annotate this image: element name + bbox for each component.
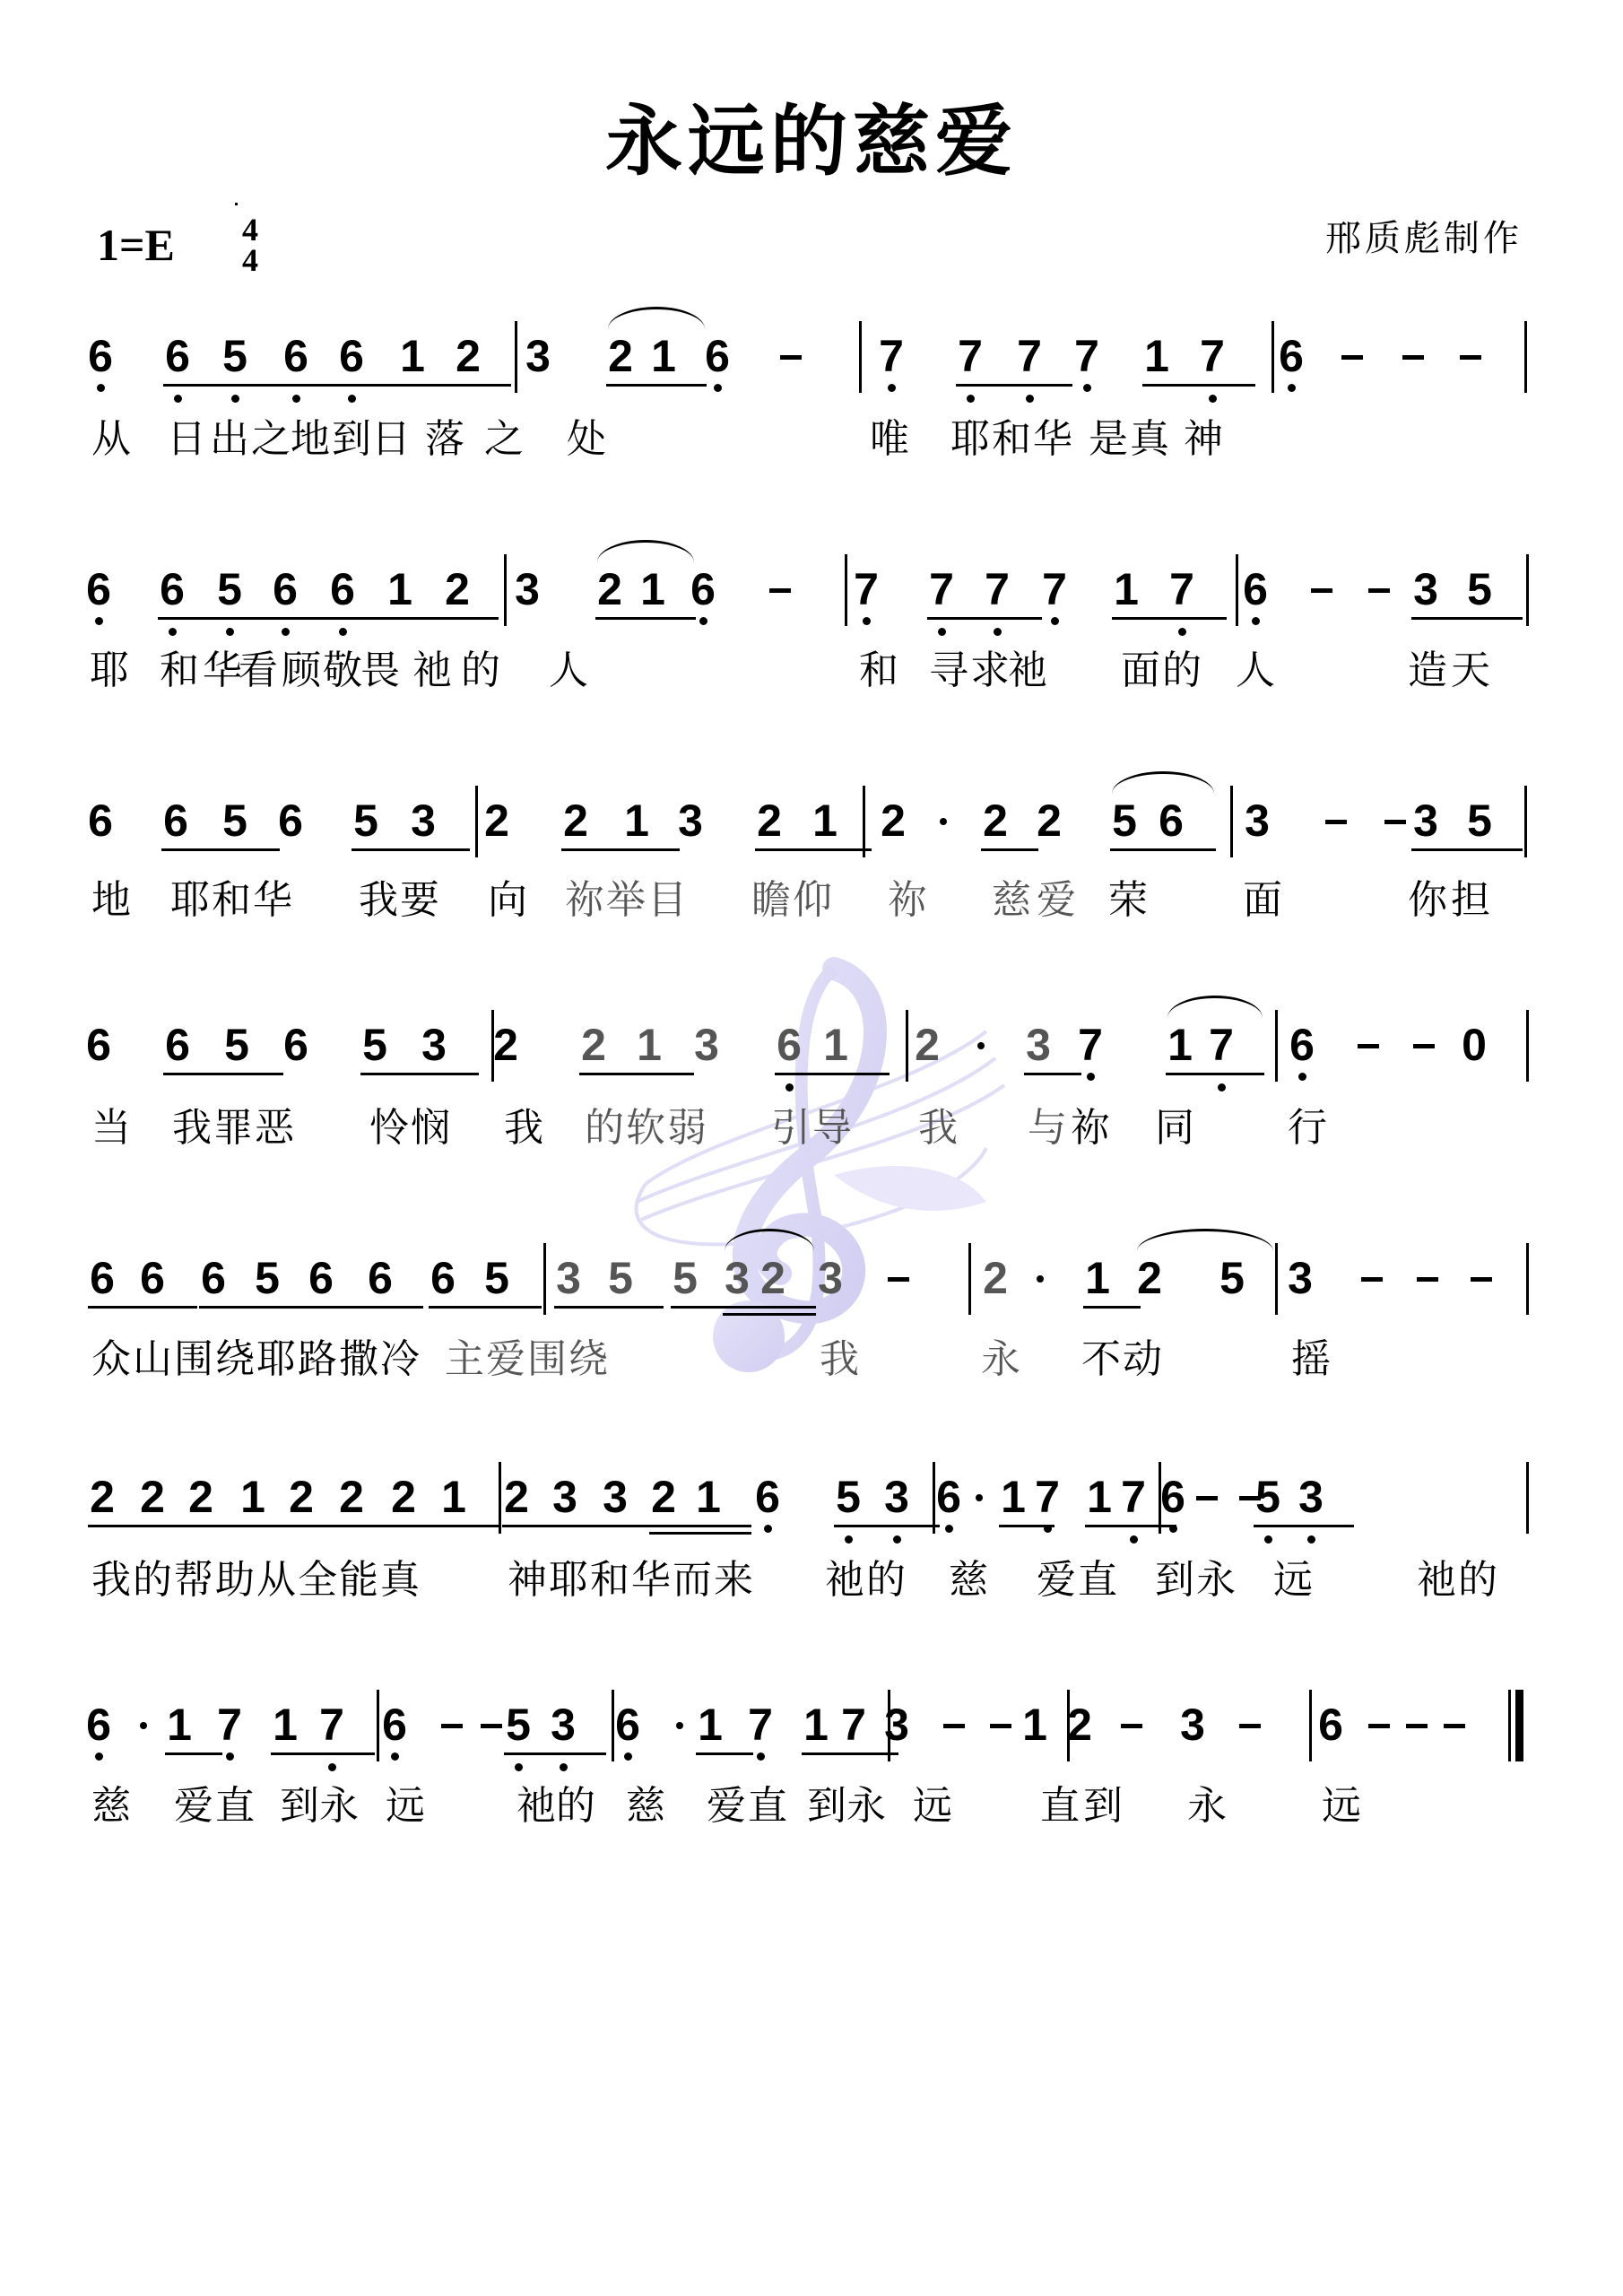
lyric-char: 造: [1408, 651, 1447, 691]
bar-line: [933, 1462, 935, 1534]
lyric-char: 祢: [1071, 1109, 1110, 1148]
lyric-char: 导: [812, 1109, 852, 1148]
augmentation-dot: [977, 1042, 985, 1049]
lower-octave-dot: [699, 617, 707, 625]
note: 3: [409, 798, 438, 843]
beam-underline: [606, 384, 707, 387]
lower-octave-dot: [292, 395, 300, 403]
lyric-char: 行: [1288, 1109, 1327, 1148]
beam-underline: [802, 1752, 898, 1755]
note: 6: [86, 798, 115, 843]
beam-underline: [981, 848, 1038, 851]
time-signature: 4 4: [235, 213, 265, 276]
note: 2: [981, 798, 1010, 843]
note: 6: [276, 798, 305, 843]
note: 1: [439, 1474, 468, 1519]
lyric-char: 和: [859, 651, 898, 691]
lyric-char: 我: [918, 1109, 958, 1148]
note: 7: [1015, 334, 1044, 378]
note: 7: [1167, 567, 1196, 612]
lyric-char: 爱: [1037, 1561, 1076, 1600]
lyric-char: 永: [319, 1787, 359, 1826]
note: 3: [882, 1474, 911, 1519]
lyric-char: 敬: [323, 651, 362, 691]
note: 7: [1072, 334, 1101, 378]
note: 6: [1277, 334, 1306, 378]
lyric-char: 寻: [929, 651, 968, 691]
note: 3: [1243, 798, 1271, 843]
lyric-char: 直: [1078, 1561, 1117, 1600]
lyric-char: 祢: [565, 881, 604, 920]
lyric-char: 永: [846, 1787, 886, 1826]
lower-octave-dot: [994, 628, 1002, 636]
note: 3: [1411, 798, 1440, 843]
lyric-char: 主: [445, 1340, 484, 1379]
note: 5: [1465, 798, 1494, 843]
bar-line: [863, 786, 865, 857]
note: 2: [502, 1474, 531, 1519]
note: 7: [1119, 1474, 1148, 1519]
note: 3: [1411, 567, 1440, 612]
lyric-char: 出: [210, 420, 249, 459]
lower-octave-dot: [938, 628, 946, 636]
time-signature-divider: [235, 203, 238, 205]
lyric-char: 撒: [339, 1340, 378, 1379]
note: 5: [504, 1702, 533, 1747]
lyric-char: 来: [714, 1561, 753, 1600]
note: 1: [638, 567, 667, 612]
note: 7: [927, 567, 956, 612]
note: 5: [606, 1256, 635, 1300]
lyric-char: 的: [1162, 651, 1202, 691]
lyric-char: 唯: [870, 420, 909, 459]
lower-octave-dot: [757, 1752, 765, 1761]
bar-line: [612, 1690, 614, 1761]
note: 1: [696, 1702, 725, 1747]
note: 6: [1241, 567, 1270, 612]
lyric-char: 祂: [825, 1561, 864, 1600]
lyric-char: 远: [1273, 1561, 1313, 1600]
beam-underline: [158, 617, 282, 620]
lyric-char: 华: [1033, 420, 1072, 459]
bar-line: [475, 786, 478, 857]
beam-underline: [579, 1073, 694, 1075]
note: 2: [337, 1474, 366, 1519]
lower-octave-dot: [888, 384, 896, 392]
note: 3: [554, 1256, 583, 1300]
lyric-char: 华: [203, 651, 242, 691]
lyric-char: 祂: [516, 1787, 556, 1826]
beam-underline: [1166, 1073, 1264, 1075]
note: 2: [879, 798, 907, 843]
note: 1: [694, 1474, 723, 1519]
note: 2: [649, 1474, 678, 1519]
bar-line: [906, 1010, 908, 1082]
note: 7: [1207, 1022, 1236, 1067]
sustain-dash: [990, 1724, 1011, 1728]
note: 6: [429, 1256, 457, 1300]
note: 2: [443, 567, 472, 612]
lyric-char: 之: [251, 420, 291, 459]
lyric-char: 面: [1121, 651, 1160, 691]
sustain-dash: [1239, 1496, 1261, 1500]
lyric-char: 瞻: [751, 881, 791, 920]
lower-octave-dot: [1087, 1073, 1095, 1081]
sustain-dash: [780, 355, 802, 360]
lower-octave-dot: [785, 1083, 794, 1091]
note: 3: [1297, 1474, 1325, 1519]
lower-octave-dot: [348, 395, 356, 403]
lyric-char: 祂: [1008, 651, 1047, 691]
sustain-dash: [1239, 1724, 1261, 1728]
note: 7: [1076, 1022, 1105, 1067]
lyric-char: 与: [1028, 1109, 1067, 1148]
bar-line: [1159, 1462, 1161, 1534]
beam-underline: [360, 1073, 479, 1075]
lyric-char: 荣: [1108, 881, 1148, 920]
beam-underline: [504, 1752, 606, 1755]
lyric-char: 的: [866, 1561, 906, 1600]
beam-underline: [755, 848, 872, 851]
sustain-dash: [1402, 355, 1424, 360]
note: 1: [1112, 567, 1141, 612]
note: 2: [1135, 1256, 1164, 1300]
beam-underline: [834, 1525, 940, 1527]
lyric-char: 和: [212, 881, 251, 920]
lyric-char: 畏: [360, 651, 400, 691]
lyric-char: 耶: [950, 420, 990, 459]
lyric-char: 直: [1040, 1787, 1080, 1826]
note: 6: [380, 1702, 409, 1747]
note: 6: [613, 1702, 642, 1747]
lower-octave-dot: [1252, 617, 1260, 625]
note: 5: [215, 567, 244, 612]
note: 6: [163, 1022, 192, 1067]
lyric-char: 围: [527, 1340, 567, 1379]
lyric-char: 神: [1184, 420, 1223, 459]
lower-octave-dot: [1298, 1073, 1306, 1081]
beam-underline: [1254, 1525, 1354, 1527]
song-title: 永远的慈爱: [0, 103, 1623, 180]
lower-octave-dot: [339, 628, 347, 636]
note: 1: [165, 1702, 194, 1747]
lyric-char: 助: [215, 1561, 255, 1600]
note: 1: [239, 1474, 267, 1519]
sustain-dash: [1384, 820, 1406, 824]
lyric-char: 同: [1155, 1109, 1194, 1148]
note: 6: [934, 1474, 963, 1519]
bar-line: [491, 1010, 494, 1082]
beam-underline: [696, 1752, 753, 1755]
note: 1: [649, 334, 678, 378]
lower-octave-dot: [863, 617, 871, 625]
bar-line: [1524, 786, 1527, 857]
bar-line: [543, 1243, 546, 1315]
note: 2: [1035, 798, 1063, 843]
note: 6: [161, 798, 190, 843]
bar-line: [1230, 786, 1233, 857]
beam-underline: [956, 384, 1072, 387]
bar-line: [888, 1690, 890, 1761]
note: 1: [622, 798, 651, 843]
lyric-char: 和: [590, 1561, 629, 1600]
lyric-char: 华: [253, 881, 292, 920]
lyric-char: 地: [291, 420, 330, 459]
lyric-char: 永: [1187, 1787, 1227, 1826]
lyric-char: 的: [1458, 1561, 1497, 1600]
lower-octave-dot: [226, 1752, 234, 1761]
slur-arc: [608, 307, 705, 329]
lyric-char: 要: [400, 881, 439, 920]
lyric-char: 冷: [380, 1340, 420, 1379]
lyric-char: 的: [133, 1561, 172, 1600]
note: 6: [1157, 798, 1185, 843]
note: 7: [317, 1702, 346, 1747]
lyric-char: 慈: [91, 1787, 131, 1826]
beam-underline: [554, 1306, 664, 1309]
lyric-char: 到: [332, 420, 371, 459]
beam-underline: [1024, 1073, 1081, 1075]
beam-underline: [927, 617, 1042, 620]
lyric-char: 弱: [667, 1109, 707, 1148]
augmentation-dot: [940, 818, 947, 825]
note: 5: [1110, 798, 1139, 843]
note: 6: [703, 334, 732, 378]
note: 2: [981, 1256, 1010, 1300]
lower-octave-dot: [945, 1525, 953, 1533]
note: 5: [221, 334, 249, 378]
bar-line: [1526, 1243, 1529, 1315]
lyric-char: 摇: [1291, 1340, 1331, 1379]
lyric-char: 仰: [793, 881, 832, 920]
lyric-char: 真: [380, 1561, 420, 1600]
lyric-char: 面: [1243, 881, 1282, 920]
note: 5: [671, 1256, 699, 1300]
lower-octave-dot: [560, 1763, 568, 1771]
note: 6: [84, 567, 113, 612]
lyric-char: 的: [556, 1787, 595, 1826]
lower-octave-dot: [515, 1763, 523, 1771]
beam-underline: [352, 848, 470, 851]
sustain-dash: [943, 1724, 965, 1728]
lower-octave-dot: [1083, 384, 1091, 392]
beam-underline: [386, 617, 499, 620]
lyric-char: 恶: [255, 1109, 294, 1148]
final-bar-line: [1515, 1690, 1523, 1761]
beam-underline: [88, 1525, 197, 1527]
bar-line: [1526, 1010, 1529, 1082]
note: 5: [834, 1474, 863, 1519]
note: 6: [282, 1022, 310, 1067]
bar-line: [1236, 554, 1238, 626]
note: 7: [877, 334, 906, 378]
beam-underline: [389, 1525, 499, 1527]
note: 6: [86, 334, 115, 378]
note: 5: [1465, 567, 1494, 612]
lyric-char: 从: [91, 420, 131, 459]
lyric-char: 耶: [90, 651, 129, 691]
sustain-dash: [1368, 588, 1390, 593]
note: 1: [999, 1474, 1028, 1519]
sustain-dash: [1361, 1277, 1383, 1282]
lower-octave-dot: [1026, 395, 1034, 403]
beam-underline: [1110, 848, 1216, 851]
note: 5: [221, 798, 249, 843]
lyric-char: 日: [167, 420, 206, 459]
lyric-char: 悯: [411, 1109, 450, 1148]
lyric-char: 是: [1089, 420, 1128, 459]
lower-octave-dot: [967, 395, 975, 403]
bar-line: [499, 1462, 501, 1534]
lyric-char: 不: [1081, 1340, 1121, 1379]
lyric-char: 爱: [174, 1787, 213, 1826]
lyric-char: 我: [172, 1109, 212, 1148]
lyric-char: 祂: [1417, 1561, 1456, 1600]
note: 2: [561, 798, 590, 843]
note: 1: [1142, 334, 1171, 378]
lyric-char: 祂: [412, 651, 452, 691]
lyric-char: 远: [1322, 1787, 1361, 1826]
lyric-char: 的: [461, 651, 500, 691]
bar-line: [1067, 1690, 1070, 1761]
note: 6: [366, 1256, 395, 1300]
sustain-dash: [1121, 1724, 1142, 1728]
beam-underline: [187, 1525, 296, 1527]
lyric-char: 我: [820, 1340, 859, 1379]
beam-underline: [775, 1073, 890, 1075]
note: 6: [271, 567, 299, 612]
augmentation-dot: [1037, 1275, 1044, 1283]
bar-line: [1271, 321, 1274, 393]
lyric-char: 当: [91, 1109, 131, 1148]
note: 1: [1166, 1022, 1194, 1067]
note: 3: [692, 1022, 721, 1067]
lyric-char: 到: [1083, 1787, 1123, 1826]
bar-line: [845, 554, 847, 626]
key-signature: 1=E: [97, 222, 175, 267]
note: 2: [287, 1474, 316, 1519]
note: 1: [1020, 1702, 1049, 1747]
bar-line: [1275, 1010, 1278, 1082]
note: 6: [88, 1256, 117, 1300]
bar-line: [968, 1243, 971, 1315]
bar-line: [377, 1690, 379, 1761]
note: 2: [606, 334, 635, 378]
note: 1: [1083, 1256, 1112, 1300]
beam-underline: [1142, 384, 1255, 387]
note: 6: [282, 334, 310, 378]
author-credit: 邢质彪制作: [1325, 221, 1523, 257]
note: 2: [759, 1256, 787, 1300]
lyric-char: 直: [748, 1787, 787, 1826]
beam-underline: [165, 1752, 222, 1755]
lyric-char: 爱: [1037, 881, 1076, 920]
lyric-char: 绕: [568, 1340, 608, 1379]
note: 2: [595, 567, 624, 612]
note: 5: [360, 1022, 389, 1067]
note: 5: [482, 1256, 511, 1300]
note: 7: [1033, 1474, 1062, 1519]
beam-underline: [307, 1306, 423, 1309]
lyric-char: 罪: [213, 1109, 253, 1148]
lyric-char: 看: [239, 651, 278, 691]
lyric-char: 耶: [256, 1340, 296, 1379]
lyric-char: 爱: [486, 1340, 525, 1379]
note: 6: [1288, 1022, 1316, 1067]
lyrics-row: 慈爱直到永远祂的慈爱直到永远直到永远: [0, 1787, 1623, 1966]
note: 1: [1085, 1474, 1114, 1519]
note: 0: [1460, 1022, 1488, 1067]
lyric-char: 处: [567, 420, 606, 459]
lyric-char: 目: [647, 881, 687, 920]
note: 6: [328, 567, 357, 612]
lower-octave-dot: [1288, 384, 1296, 392]
lyric-char: 真: [1130, 420, 1169, 459]
note: 7: [1040, 567, 1069, 612]
lyric-char: 慈: [626, 1787, 665, 1826]
lower-octave-dot: [169, 628, 177, 636]
beam-underline: [601, 1525, 751, 1527]
lyric-char: 向: [488, 881, 527, 920]
lyric-char: 永: [981, 1340, 1020, 1379]
lyric-char: 围: [174, 1340, 213, 1379]
lyric-char: 到: [1155, 1561, 1194, 1600]
note: 7: [852, 567, 881, 612]
lyric-char: 我: [91, 1561, 131, 1600]
note: 7: [983, 567, 1011, 612]
sustain-dash: [1406, 1724, 1428, 1728]
note: 1: [271, 1702, 299, 1747]
note: 2: [88, 1474, 117, 1519]
lower-octave-dot: [1264, 1535, 1272, 1544]
note: 5: [1218, 1256, 1246, 1300]
note: 1: [821, 1022, 850, 1067]
note: 6: [337, 334, 366, 378]
lower-octave-dot: [1130, 1535, 1138, 1544]
lyric-char: 举: [606, 881, 646, 920]
beam-underline: [398, 384, 511, 387]
sustain-dash: [1325, 820, 1347, 824]
lyric-char: 求: [970, 651, 1010, 691]
bar-line: [1275, 1243, 1278, 1315]
beam-underline: [1411, 848, 1523, 851]
lyric-char: 从: [256, 1561, 296, 1600]
note: 3: [1178, 1702, 1207, 1747]
note: 2: [138, 1474, 167, 1519]
lyric-char: 我: [504, 1109, 543, 1148]
note: 2: [389, 1474, 418, 1519]
note: 3: [420, 1022, 448, 1067]
time-signature-denominator: 4: [235, 244, 265, 276]
note: 6: [753, 1474, 782, 1519]
lyric-char: 我: [359, 881, 398, 920]
sustain-dash: [888, 1277, 909, 1282]
sustain-dash: [1417, 1277, 1438, 1282]
lower-octave-dot: [282, 628, 290, 636]
lyric-char: 你: [1408, 881, 1447, 920]
sustain-dash: [481, 1724, 502, 1728]
lyric-char: 全: [298, 1561, 337, 1600]
sustain-dash: [1196, 1496, 1218, 1500]
lyric-char: 到: [807, 1787, 846, 1826]
sustain-dash: [1471, 1277, 1492, 1282]
note: 3: [1286, 1256, 1315, 1300]
note: 1: [386, 567, 414, 612]
note: 1: [635, 1022, 664, 1067]
lower-octave-dot: [391, 1752, 399, 1761]
note: 2: [755, 798, 784, 843]
lyric-char: 慈: [992, 881, 1031, 920]
